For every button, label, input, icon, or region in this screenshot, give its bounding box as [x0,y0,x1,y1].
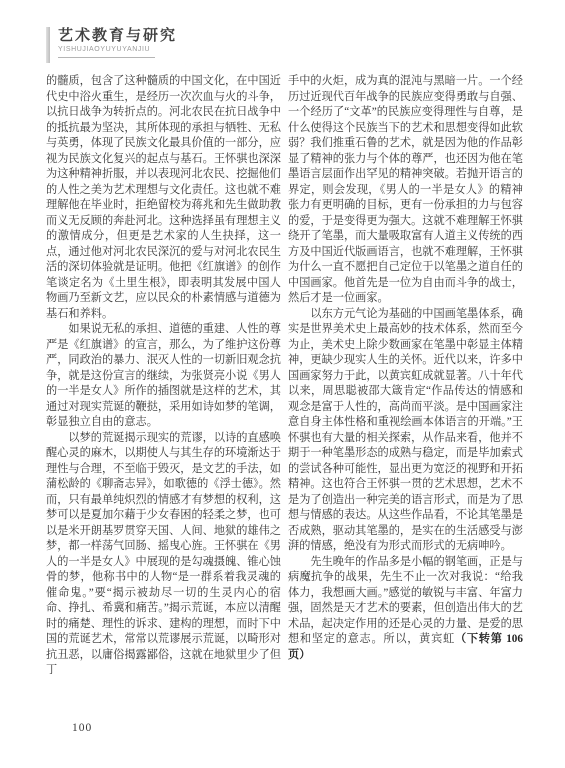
page-number: 100 [72,722,92,734]
article-body: 的髓质，包含了这种髓质的中国文化，在中国近代史中浴火重生，是经历一次次血与火的斗… [46,74,523,679]
left-column: 的髓质，包含了这种髓质的中国文化，在中国近代史中浴火重生，是经历一次次血与火的斗… [46,74,281,679]
paragraph: 手中的火炬，成为真的混沌与黑暗一片。一个经历过近现代百年战争的民族应变得勇敢与自… [288,74,523,307]
continued-on-page-note: （下转第 106 页） [288,633,523,661]
right-column: 手中的火炬，成为真的混沌与黑暗一片。一个经历过近现代百年战争的民族应变得勇敢与自… [288,74,523,679]
header-rule [58,57,155,58]
paragraph: 先生晚年的作品多是小幅的钢笔画，正是与病魔抗争的战果，先生不止一次对我说：“给我… [288,555,523,664]
paragraph: 的髓质，包含了这种髓质的中国文化，在中国近代史中浴火重生，是经历一次次血与火的斗… [46,74,281,322]
journal-page: 艺术教育与研究 YISHUJIAOYUYUYANJIU 的髓质，包含了这种髓质的… [0,0,565,768]
paragraph: 以东方元气论为基础的中国画笔墨体系，确实是世界美术史上最高妙的技术体系，然而至今… [288,307,523,555]
journal-title: 艺术教育与研究 [58,27,177,45]
journal-masthead: 艺术教育与研究 YISHUJIAOYUYUYANJIU [46,27,177,63]
paragraph: 以梦的荒诞揭示现实的荒谬，以诗的直感唤醒心灵的麻木，以期使人与其生存的环境渐达于… [46,431,281,679]
paragraph: 如果说无私的承担、道德的重建、人性的尊严是《红旗谱》的宣言，那么，为了维护这份尊… [46,322,281,431]
journal-title-pinyin: YISHUJIAOYUYUYANJIU [58,45,177,54]
header-accent-bar [46,27,50,63]
